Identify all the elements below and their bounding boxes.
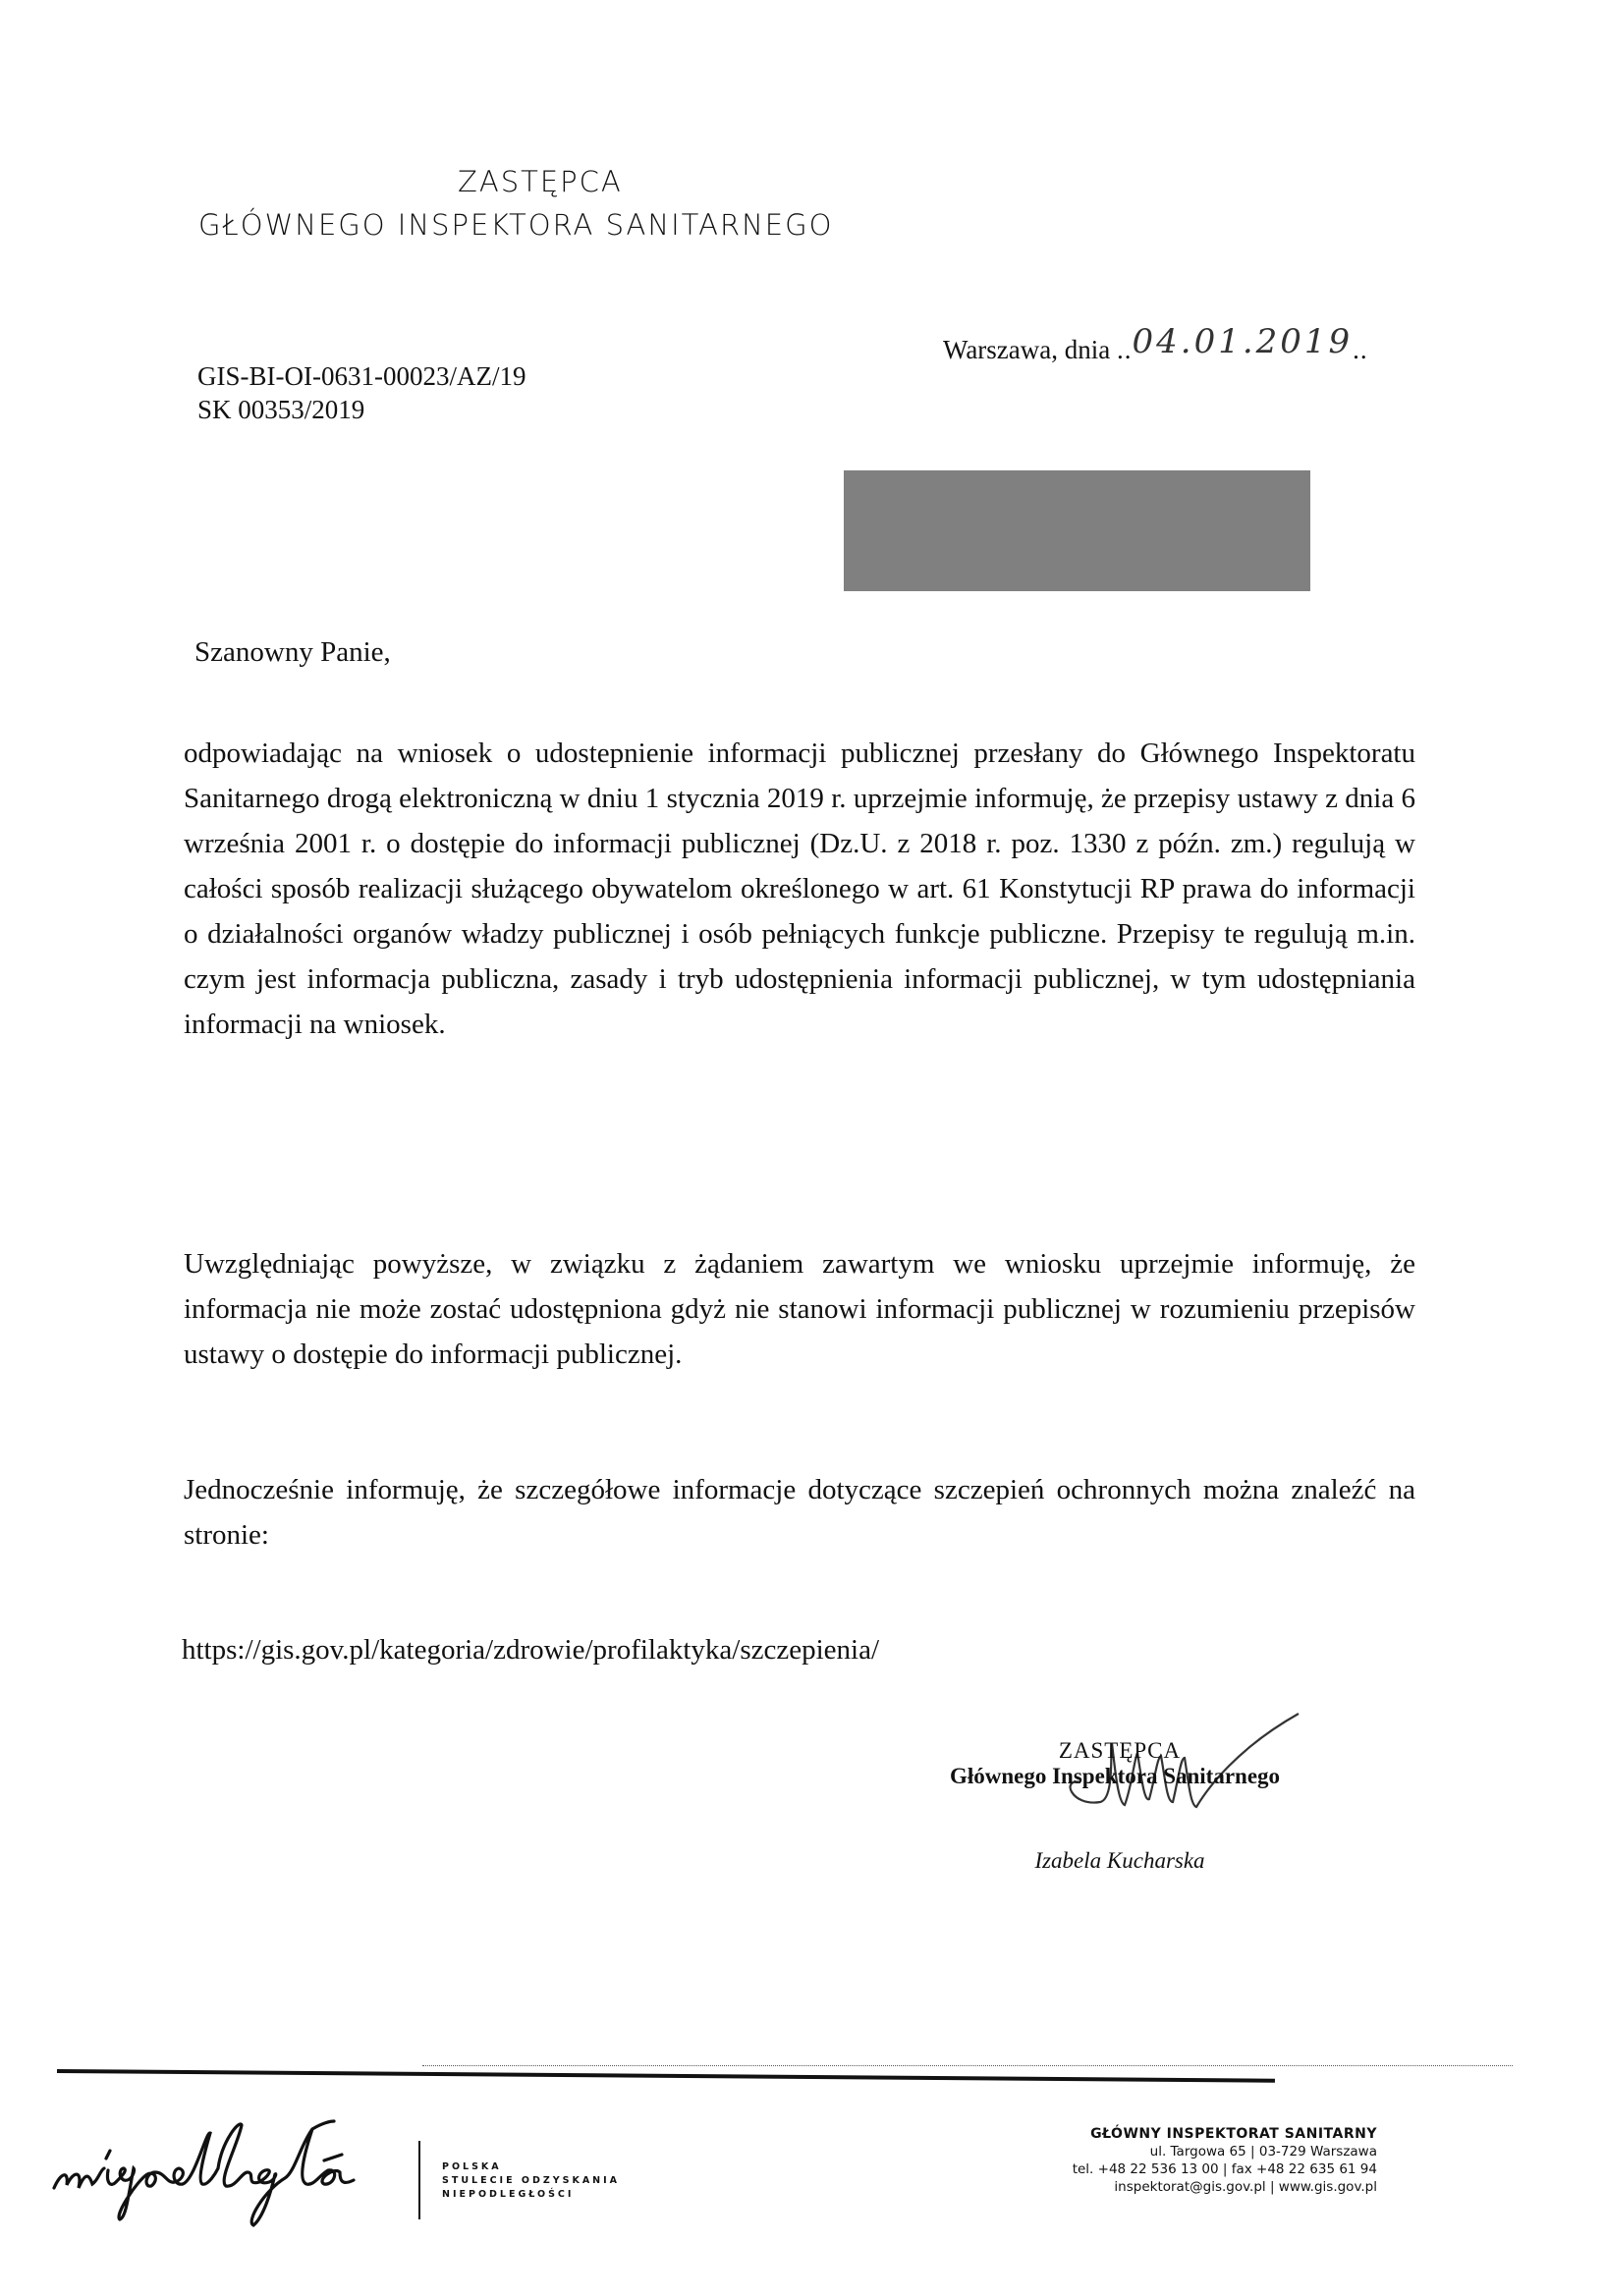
sk-number: SK 00353/2019 bbox=[197, 393, 526, 426]
dateline: Warszawa, dnia ..04.01.2019.. bbox=[943, 328, 1368, 367]
vaccination-info-link[interactable]: https://gis.gov.pl/kategoria/zdrowie/pro… bbox=[182, 1634, 879, 1667]
footer-address-block: GŁÓWNY INSPEKTORAT SANITARNY ul. Targowa… bbox=[1073, 2125, 1377, 2196]
handwritten-date: 04.01.2019 bbox=[1133, 322, 1354, 361]
footer-phone-fax: tel. +48 22 536 13 00 | fax +48 22 635 6… bbox=[1073, 2160, 1377, 2178]
case-number: GIS-BI-OI-0631-00023/AZ/19 bbox=[197, 359, 526, 393]
letterhead-title: ZASTĘPCA bbox=[458, 165, 623, 198]
footer-org-name: GŁÓWNY INSPEKTORAT SANITARNY bbox=[1073, 2125, 1377, 2143]
paragraph-3: Jednocześnie informuję, że szczegółowe i… bbox=[184, 1467, 1415, 1558]
reference-block: GIS-BI-OI-0631-00023/AZ/19 SK 00353/2019 bbox=[197, 359, 526, 426]
footer-dotted-rule bbox=[422, 2065, 1513, 2067]
logo-tagline-line-3: NIEPODLEGŁOŚCI bbox=[442, 2188, 620, 2202]
logo-tagline-line-1: POLSKA bbox=[442, 2160, 620, 2174]
letterhead-subtitle: GŁÓWNEGO INSPEKTORA SANITARNEGO bbox=[198, 208, 833, 242]
paragraph-2: Uwzględniając powyższe, w związku z żąda… bbox=[184, 1241, 1415, 1377]
signature-organization: Głównego Inspektora Sanitarnego bbox=[933, 1764, 1297, 1789]
redacted-recipient-address bbox=[844, 470, 1310, 591]
signatory-name: Izabela Kucharska bbox=[943, 1848, 1297, 1874]
dateline-trailing-dots: .. bbox=[1353, 335, 1368, 364]
dateline-prefix: Warszawa, dnia bbox=[943, 335, 1110, 364]
footer-website-link[interactable]: www.gis.gov.pl bbox=[1279, 2179, 1377, 2195]
footer-street-address: ul. Targowa 65 | 03-729 Warszawa bbox=[1073, 2143, 1377, 2160]
footer-contact-line: inspektorat@gis.gov.pl | www.gis.gov.pl bbox=[1073, 2178, 1377, 2196]
signature-block: ZASTĘPCA Głównego Inspektora Sanitarnego… bbox=[943, 1738, 1297, 1874]
niepodlegla-logo-icon bbox=[49, 2111, 413, 2239]
signature-role: ZASTĘPCA bbox=[943, 1738, 1297, 1764]
footer-email-link[interactable]: inspektorat@gis.gov.pl bbox=[1114, 2179, 1265, 2195]
logo-tagline: POLSKA STULECIE ODZYSKANIA NIEPODLEGŁOŚC… bbox=[442, 2160, 620, 2202]
logo-divider bbox=[418, 2141, 420, 2219]
salutation: Szanowny Panie, bbox=[194, 636, 391, 669]
paragraph-1: odpowiadając na wniosek o udostepnienie … bbox=[184, 731, 1415, 1047]
footer-rule bbox=[57, 2069, 1275, 2083]
logo-tagline-line-2: STULECIE ODZYSKANIA bbox=[442, 2174, 620, 2188]
footer-separator: | bbox=[1266, 2179, 1279, 2195]
dateline-dots: .. bbox=[1117, 335, 1133, 364]
